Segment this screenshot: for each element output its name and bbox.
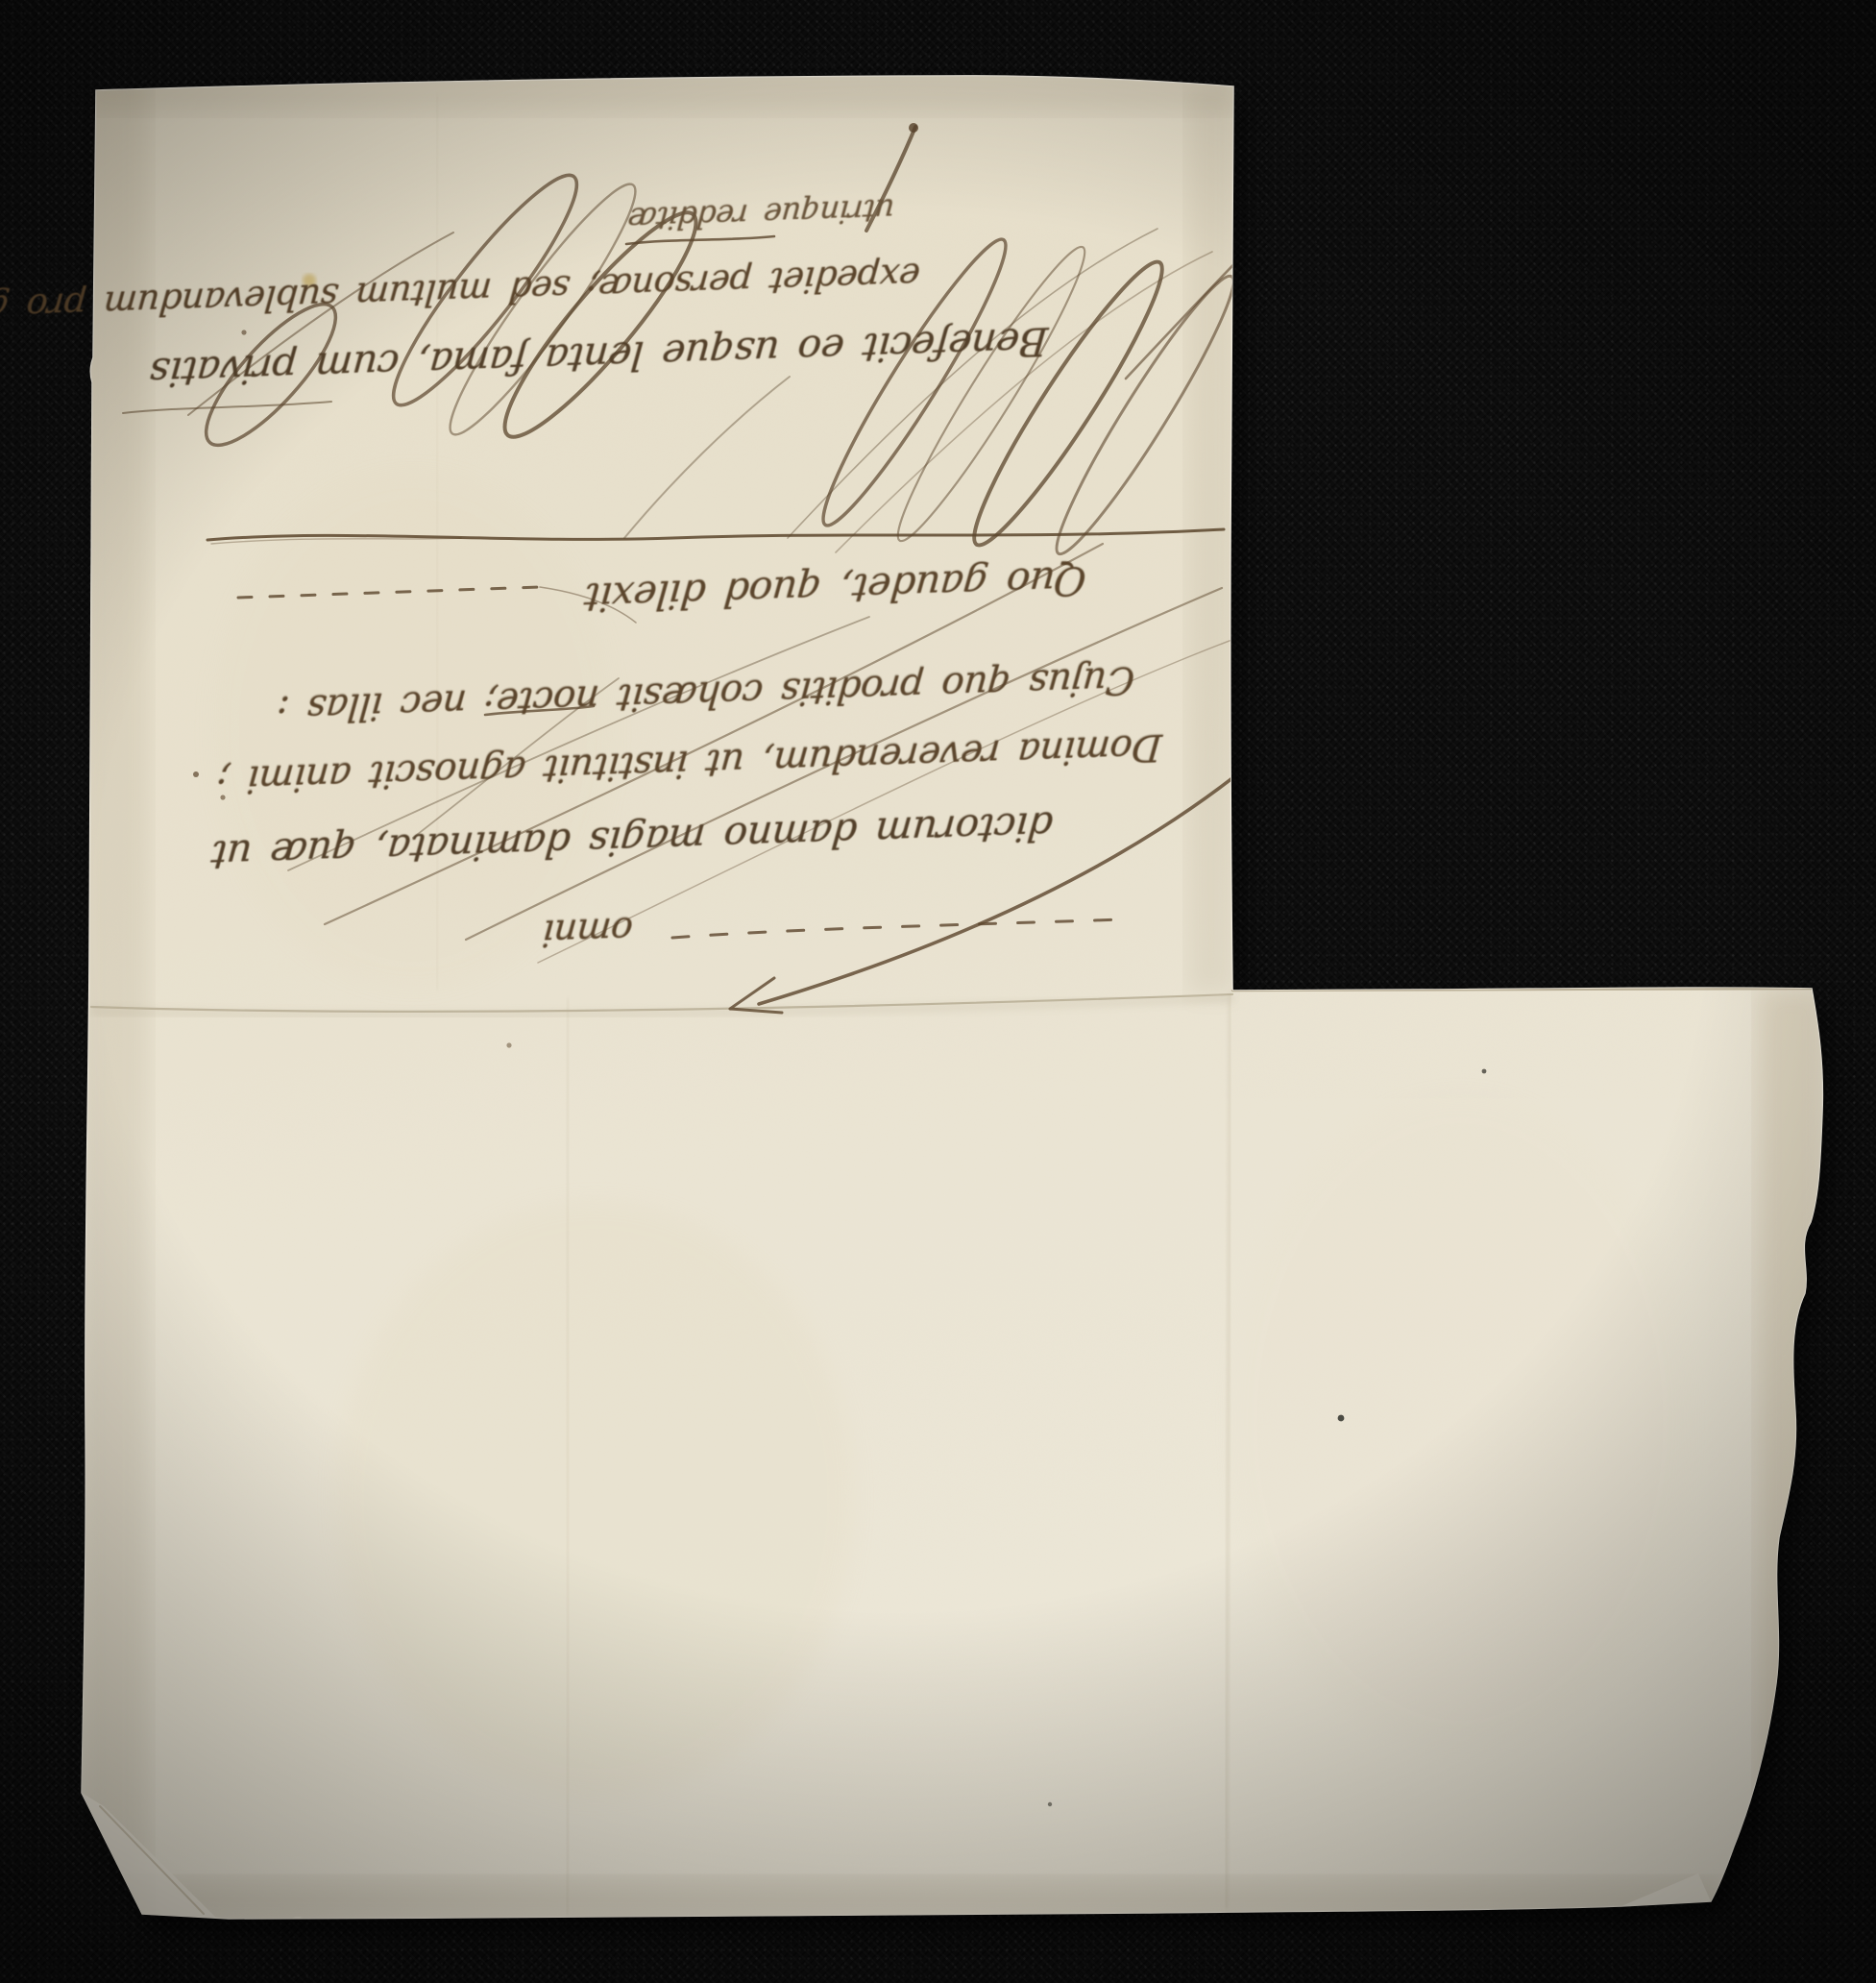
manuscript-line: omni — [528, 909, 647, 953]
ink-blob — [909, 123, 918, 133]
upper-right-edge-shading — [1187, 86, 1235, 994]
left-edge-shading — [82, 67, 149, 1931]
ink-dot — [506, 1042, 511, 1047]
top-edge-shading — [86, 69, 1239, 113]
stain — [336, 1201, 855, 1797]
dark-speck — [1048, 1802, 1052, 1806]
ink-dot — [241, 330, 246, 334]
dark-speck — [1338, 1415, 1345, 1422]
stain — [1230, 1095, 1691, 1749]
dark-speck — [1482, 1069, 1487, 1074]
photo-background: utrinque redditæ expediet personæ; sed m… — [0, 0, 1876, 1983]
